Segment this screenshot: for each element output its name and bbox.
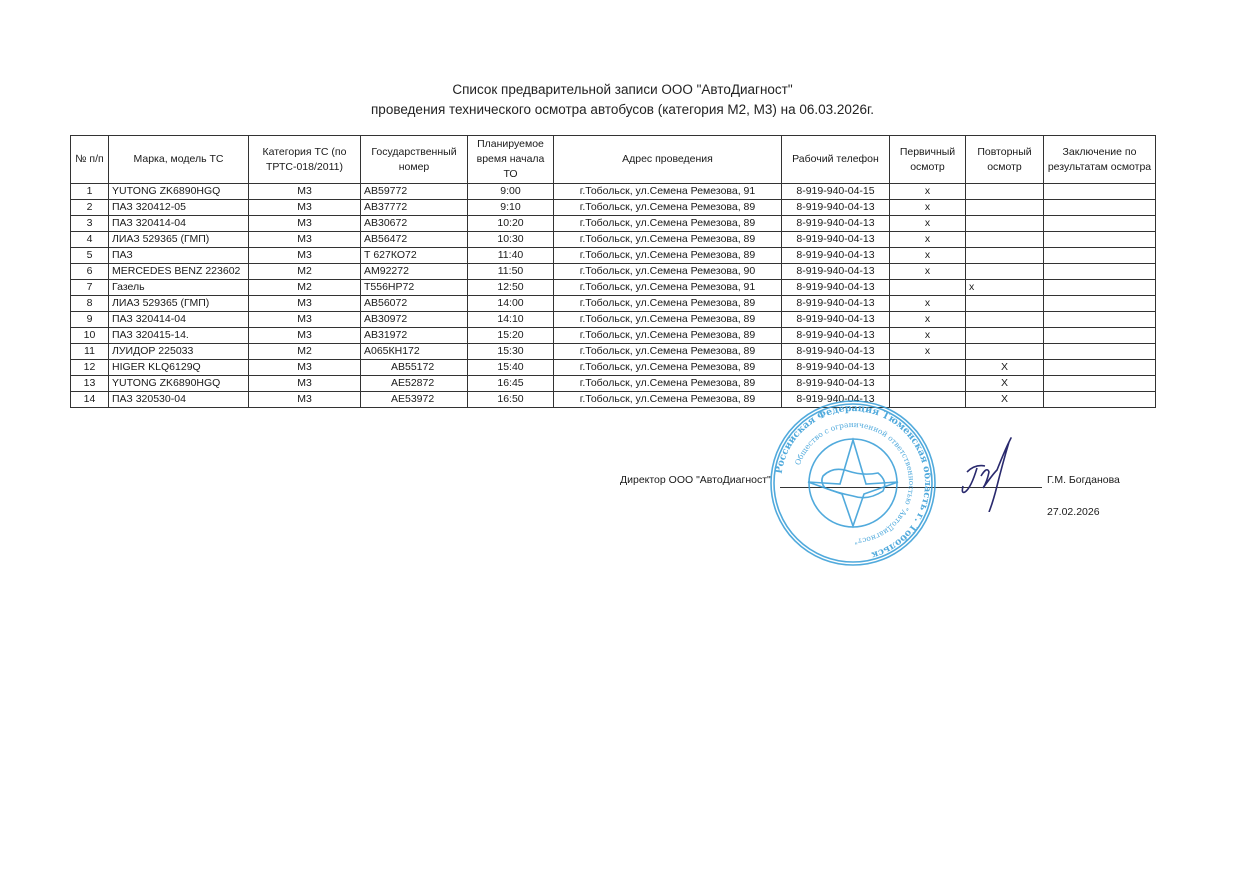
vehicle-category: М3 — [249, 312, 361, 328]
work-phone: 8-919-940-04-13 — [782, 232, 890, 248]
vehicle-category: М3 — [249, 216, 361, 232]
row-number: 5 — [71, 248, 109, 264]
table-row: 3ПАЗ 320414-04М3АВ3067210:20г.Тобольск, … — [71, 216, 1156, 232]
vehicle-category: М3 — [249, 296, 361, 312]
planned-time: 15:30 — [468, 344, 554, 360]
header-category: Категория ТС (по ТРТС-018/2011) — [249, 136, 361, 184]
planned-time: 16:45 — [468, 376, 554, 392]
vehicle-category: М2 — [249, 264, 361, 280]
plate-number: АВ56072 — [361, 296, 468, 312]
vehicle-model: Газель — [109, 280, 249, 296]
work-phone: 8-919-940-04-15 — [782, 184, 890, 200]
header-time: Планируемое время начала ТО — [468, 136, 554, 184]
vehicle-category: М3 — [249, 200, 361, 216]
plate-number: АМ92272 — [361, 264, 468, 280]
vehicle-model: YUTONG ZK6890HGQ — [109, 184, 249, 200]
inspection-result — [1044, 328, 1156, 344]
inspection-result — [1044, 360, 1156, 376]
inspection-result — [1044, 248, 1156, 264]
inspection-result — [1044, 376, 1156, 392]
signature-icon — [955, 432, 1025, 512]
plate-number: АЕ53972 — [361, 392, 468, 408]
plate-number: Т556НР72 — [361, 280, 468, 296]
primary-inspection-mark: x — [890, 216, 966, 232]
plate-number: АВ59772 — [361, 184, 468, 200]
repeat-inspection-mark — [966, 264, 1044, 280]
plate-number: Т 627КО72 — [361, 248, 468, 264]
inspection-address: г.Тобольск, ул.Семена Ремезова, 91 — [554, 184, 782, 200]
vehicle-model: HIGER KLQ6129Q — [109, 360, 249, 376]
document-subtitle: проведения технического осмотра автобусо… — [0, 102, 1245, 117]
table-row: 5ПАЗМ3Т 627КО7211:40г.Тобольск, ул.Семен… — [71, 248, 1156, 264]
primary-inspection-mark: x — [890, 184, 966, 200]
work-phone: 8-919-940-04-13 — [782, 328, 890, 344]
primary-inspection-mark: x — [890, 296, 966, 312]
vehicle-model: ЛИАЗ 529365 (ГМП) — [109, 232, 249, 248]
work-phone: 8-919-940-04-13 — [782, 296, 890, 312]
work-phone: 8-919-940-04-13 — [782, 312, 890, 328]
work-phone: 8-919-940-04-13 — [782, 376, 890, 392]
inspection-result — [1044, 392, 1156, 408]
header-repeat: Повторный осмотр — [966, 136, 1044, 184]
primary-inspection-mark: x — [890, 344, 966, 360]
row-number: 13 — [71, 376, 109, 392]
row-number: 12 — [71, 360, 109, 376]
table-row: 13YUTONG ZK6890HGQМ3АЕ5287216:45г.Тоболь… — [71, 376, 1156, 392]
planned-time: 9:10 — [468, 200, 554, 216]
table-header-row: № п/п Марка, модель ТС Категория ТС (по … — [71, 136, 1156, 184]
repeat-inspection-mark: Х — [966, 392, 1044, 408]
inspection-result — [1044, 216, 1156, 232]
vehicle-model: ПАЗ 320412-05 — [109, 200, 249, 216]
repeat-inspection-mark — [966, 184, 1044, 200]
primary-inspection-mark — [890, 280, 966, 296]
vehicle-category: М3 — [249, 232, 361, 248]
row-number: 6 — [71, 264, 109, 280]
header-primary: Первичный осмотр — [890, 136, 966, 184]
row-number: 9 — [71, 312, 109, 328]
repeat-inspection-mark: Х — [966, 376, 1044, 392]
table-row: 1YUTONG ZK6890HGQМ3АВ597729:00г.Тобольск… — [71, 184, 1156, 200]
primary-inspection-mark: x — [890, 200, 966, 216]
table-row: 14ПАЗ 320530-04М3АЕ5397216:50г.Тобольск,… — [71, 392, 1156, 408]
planned-time: 10:30 — [468, 232, 554, 248]
inspection-result — [1044, 344, 1156, 360]
signature-date: 27.02.2026 — [1047, 506, 1100, 518]
planned-time: 14:00 — [468, 296, 554, 312]
vehicle-model: ПАЗ 320414-04 — [109, 312, 249, 328]
director-position: Директор ООО "АвтоДиагност" — [620, 474, 771, 486]
repeat-inspection-mark: Х — [966, 360, 1044, 376]
row-number: 4 — [71, 232, 109, 248]
work-phone: 8-919-940-04-13 — [782, 264, 890, 280]
vehicle-category: М2 — [249, 280, 361, 296]
vehicle-category: М3 — [249, 184, 361, 200]
row-number: 7 — [71, 280, 109, 296]
work-phone: 8-919-940-04-13 — [782, 280, 890, 296]
vehicle-category: М3 — [249, 328, 361, 344]
vehicle-model: ЛИАЗ 529365 (ГМП) — [109, 296, 249, 312]
plate-number: АЕ52872 — [361, 376, 468, 392]
inspection-address: г.Тобольск, ул.Семена Ремезова, 89 — [554, 328, 782, 344]
row-number: 3 — [71, 216, 109, 232]
row-number: 10 — [71, 328, 109, 344]
vehicle-model: ПАЗ 320415-14. — [109, 328, 249, 344]
vehicle-category: М3 — [249, 392, 361, 408]
plate-number: АВ55172 — [361, 360, 468, 376]
vehicle-model: ЛУИДОР 225033 — [109, 344, 249, 360]
inspection-result — [1044, 232, 1156, 248]
director-name: Г.М. Богданова — [1047, 474, 1120, 486]
plate-number: АВ56472 — [361, 232, 468, 248]
vehicle-model: ПАЗ 320530-04 — [109, 392, 249, 408]
plate-number: А065КН172 — [361, 344, 468, 360]
planned-time: 9:00 — [468, 184, 554, 200]
inspection-address: г.Тобольск, ул.Семена Ремезова, 89 — [554, 360, 782, 376]
header-plate: Государственный номер — [361, 136, 468, 184]
primary-inspection-mark — [890, 376, 966, 392]
inspection-result — [1044, 280, 1156, 296]
planned-time: 16:50 — [468, 392, 554, 408]
repeat-inspection-mark — [966, 328, 1044, 344]
work-phone: 8-919-940-04-13 — [782, 248, 890, 264]
inspection-address: г.Тобольск, ул.Семена Ремезова, 89 — [554, 248, 782, 264]
primary-inspection-mark — [890, 360, 966, 376]
header-result: Заключение по результатам осмотра — [1044, 136, 1156, 184]
company-stamp-icon: Российская Федерация Тюменская область г… — [768, 398, 938, 568]
repeat-inspection-mark — [966, 216, 1044, 232]
table-row: 12HIGER KLQ6129QМ3АВ5517215:40г.Тобольск… — [71, 360, 1156, 376]
plate-number: АВ30972 — [361, 312, 468, 328]
repeat-inspection-mark — [966, 312, 1044, 328]
repeat-inspection-mark — [966, 200, 1044, 216]
row-number: 8 — [71, 296, 109, 312]
repeat-inspection-mark — [966, 344, 1044, 360]
inspection-address: г.Тобольск, ул.Семена Ремезова, 89 — [554, 344, 782, 360]
repeat-inspection-mark — [966, 248, 1044, 264]
planned-time: 15:20 — [468, 328, 554, 344]
row-number: 1 — [71, 184, 109, 200]
vehicle-model: YUTONG ZK6890HGQ — [109, 376, 249, 392]
table-row: 2ПАЗ 320412-05М3АВ377729:10г.Тобольск, у… — [71, 200, 1156, 216]
repeat-inspection-mark — [966, 296, 1044, 312]
planned-time: 11:50 — [468, 264, 554, 280]
planned-time: 11:40 — [468, 248, 554, 264]
work-phone: 8-919-940-04-13 — [782, 200, 890, 216]
header-model: Марка, модель ТС — [109, 136, 249, 184]
vehicle-model: ПАЗ — [109, 248, 249, 264]
vehicle-model: ПАЗ 320414-04 — [109, 216, 249, 232]
vehicle-category: М3 — [249, 376, 361, 392]
inspection-address: г.Тобольск, ул.Семена Ремезова, 89 — [554, 200, 782, 216]
inspection-result — [1044, 264, 1156, 280]
plate-number: АВ37772 — [361, 200, 468, 216]
work-phone: 8-919-940-04-13 — [782, 216, 890, 232]
vehicle-category: М3 — [249, 360, 361, 376]
work-phone: 8-919-940-04-13 — [782, 360, 890, 376]
inspection-address: г.Тобольск, ул.Семена Ремезова, 90 — [554, 264, 782, 280]
table-row: 8ЛИАЗ 529365 (ГМП)М3АВ5607214:00г.Тоболь… — [71, 296, 1156, 312]
planned-time: 10:20 — [468, 216, 554, 232]
inspection-address: г.Тобольск, ул.Семена Ремезова, 89 — [554, 312, 782, 328]
repeat-inspection-mark: x — [966, 280, 1044, 296]
inspection-address: г.Тобольск, ул.Семена Ремезова, 89 — [554, 296, 782, 312]
inspection-address: г.Тобольск, ул.Семена Ремезова, 89 — [554, 392, 782, 408]
primary-inspection-mark: x — [890, 328, 966, 344]
primary-inspection-mark: x — [890, 264, 966, 280]
schedule-table: № п/п Марка, модель ТС Категория ТС (по … — [70, 135, 1156, 408]
inspection-address: г.Тобольск, ул.Семена Ремезова, 89 — [554, 232, 782, 248]
inspection-address: г.Тобольск, ул.Семена Ремезова, 91 — [554, 280, 782, 296]
vehicle-category: М2 — [249, 344, 361, 360]
table-row: 4ЛИАЗ 529365 (ГМП)М3АВ5647210:30г.Тоболь… — [71, 232, 1156, 248]
header-phone: Рабочий телефон — [782, 136, 890, 184]
table-row: 7ГазельМ2Т556НР7212:50г.Тобольск, ул.Сем… — [71, 280, 1156, 296]
row-number: 14 — [71, 392, 109, 408]
planned-time: 15:40 — [468, 360, 554, 376]
header-address: Адрес проведения — [554, 136, 782, 184]
planned-time: 14:10 — [468, 312, 554, 328]
inspection-result — [1044, 312, 1156, 328]
vehicle-category: М3 — [249, 248, 361, 264]
primary-inspection-mark: x — [890, 248, 966, 264]
row-number: 11 — [71, 344, 109, 360]
table-row: 11ЛУИДОР 225033М2А065КН17215:30г.Тобольс… — [71, 344, 1156, 360]
inspection-address: г.Тобольск, ул.Семена Ремезова, 89 — [554, 216, 782, 232]
document-title: Список предварительной записи ООО "АвтоД… — [0, 82, 1245, 97]
header-number: № п/п — [71, 136, 109, 184]
inspection-result — [1044, 200, 1156, 216]
primary-inspection-mark: x — [890, 312, 966, 328]
plate-number: АВ31972 — [361, 328, 468, 344]
row-number: 2 — [71, 200, 109, 216]
table-row: 6MERCEDES BENZ 223602М2АМ9227211:50г.Тоб… — [71, 264, 1156, 280]
vehicle-model: MERCEDES BENZ 223602 — [109, 264, 249, 280]
table-row: 9ПАЗ 320414-04М3АВ3097214:10г.Тобольск, … — [71, 312, 1156, 328]
repeat-inspection-mark — [966, 232, 1044, 248]
inspection-result — [1044, 296, 1156, 312]
inspection-address: г.Тобольск, ул.Семена Ремезова, 89 — [554, 376, 782, 392]
work-phone: 8-919-940-04-13 — [782, 344, 890, 360]
planned-time: 12:50 — [468, 280, 554, 296]
primary-inspection-mark: x — [890, 232, 966, 248]
table-row: 10ПАЗ 320415-14.М3АВ3197215:20г.Тобольск… — [71, 328, 1156, 344]
plate-number: АВ30672 — [361, 216, 468, 232]
inspection-result — [1044, 184, 1156, 200]
